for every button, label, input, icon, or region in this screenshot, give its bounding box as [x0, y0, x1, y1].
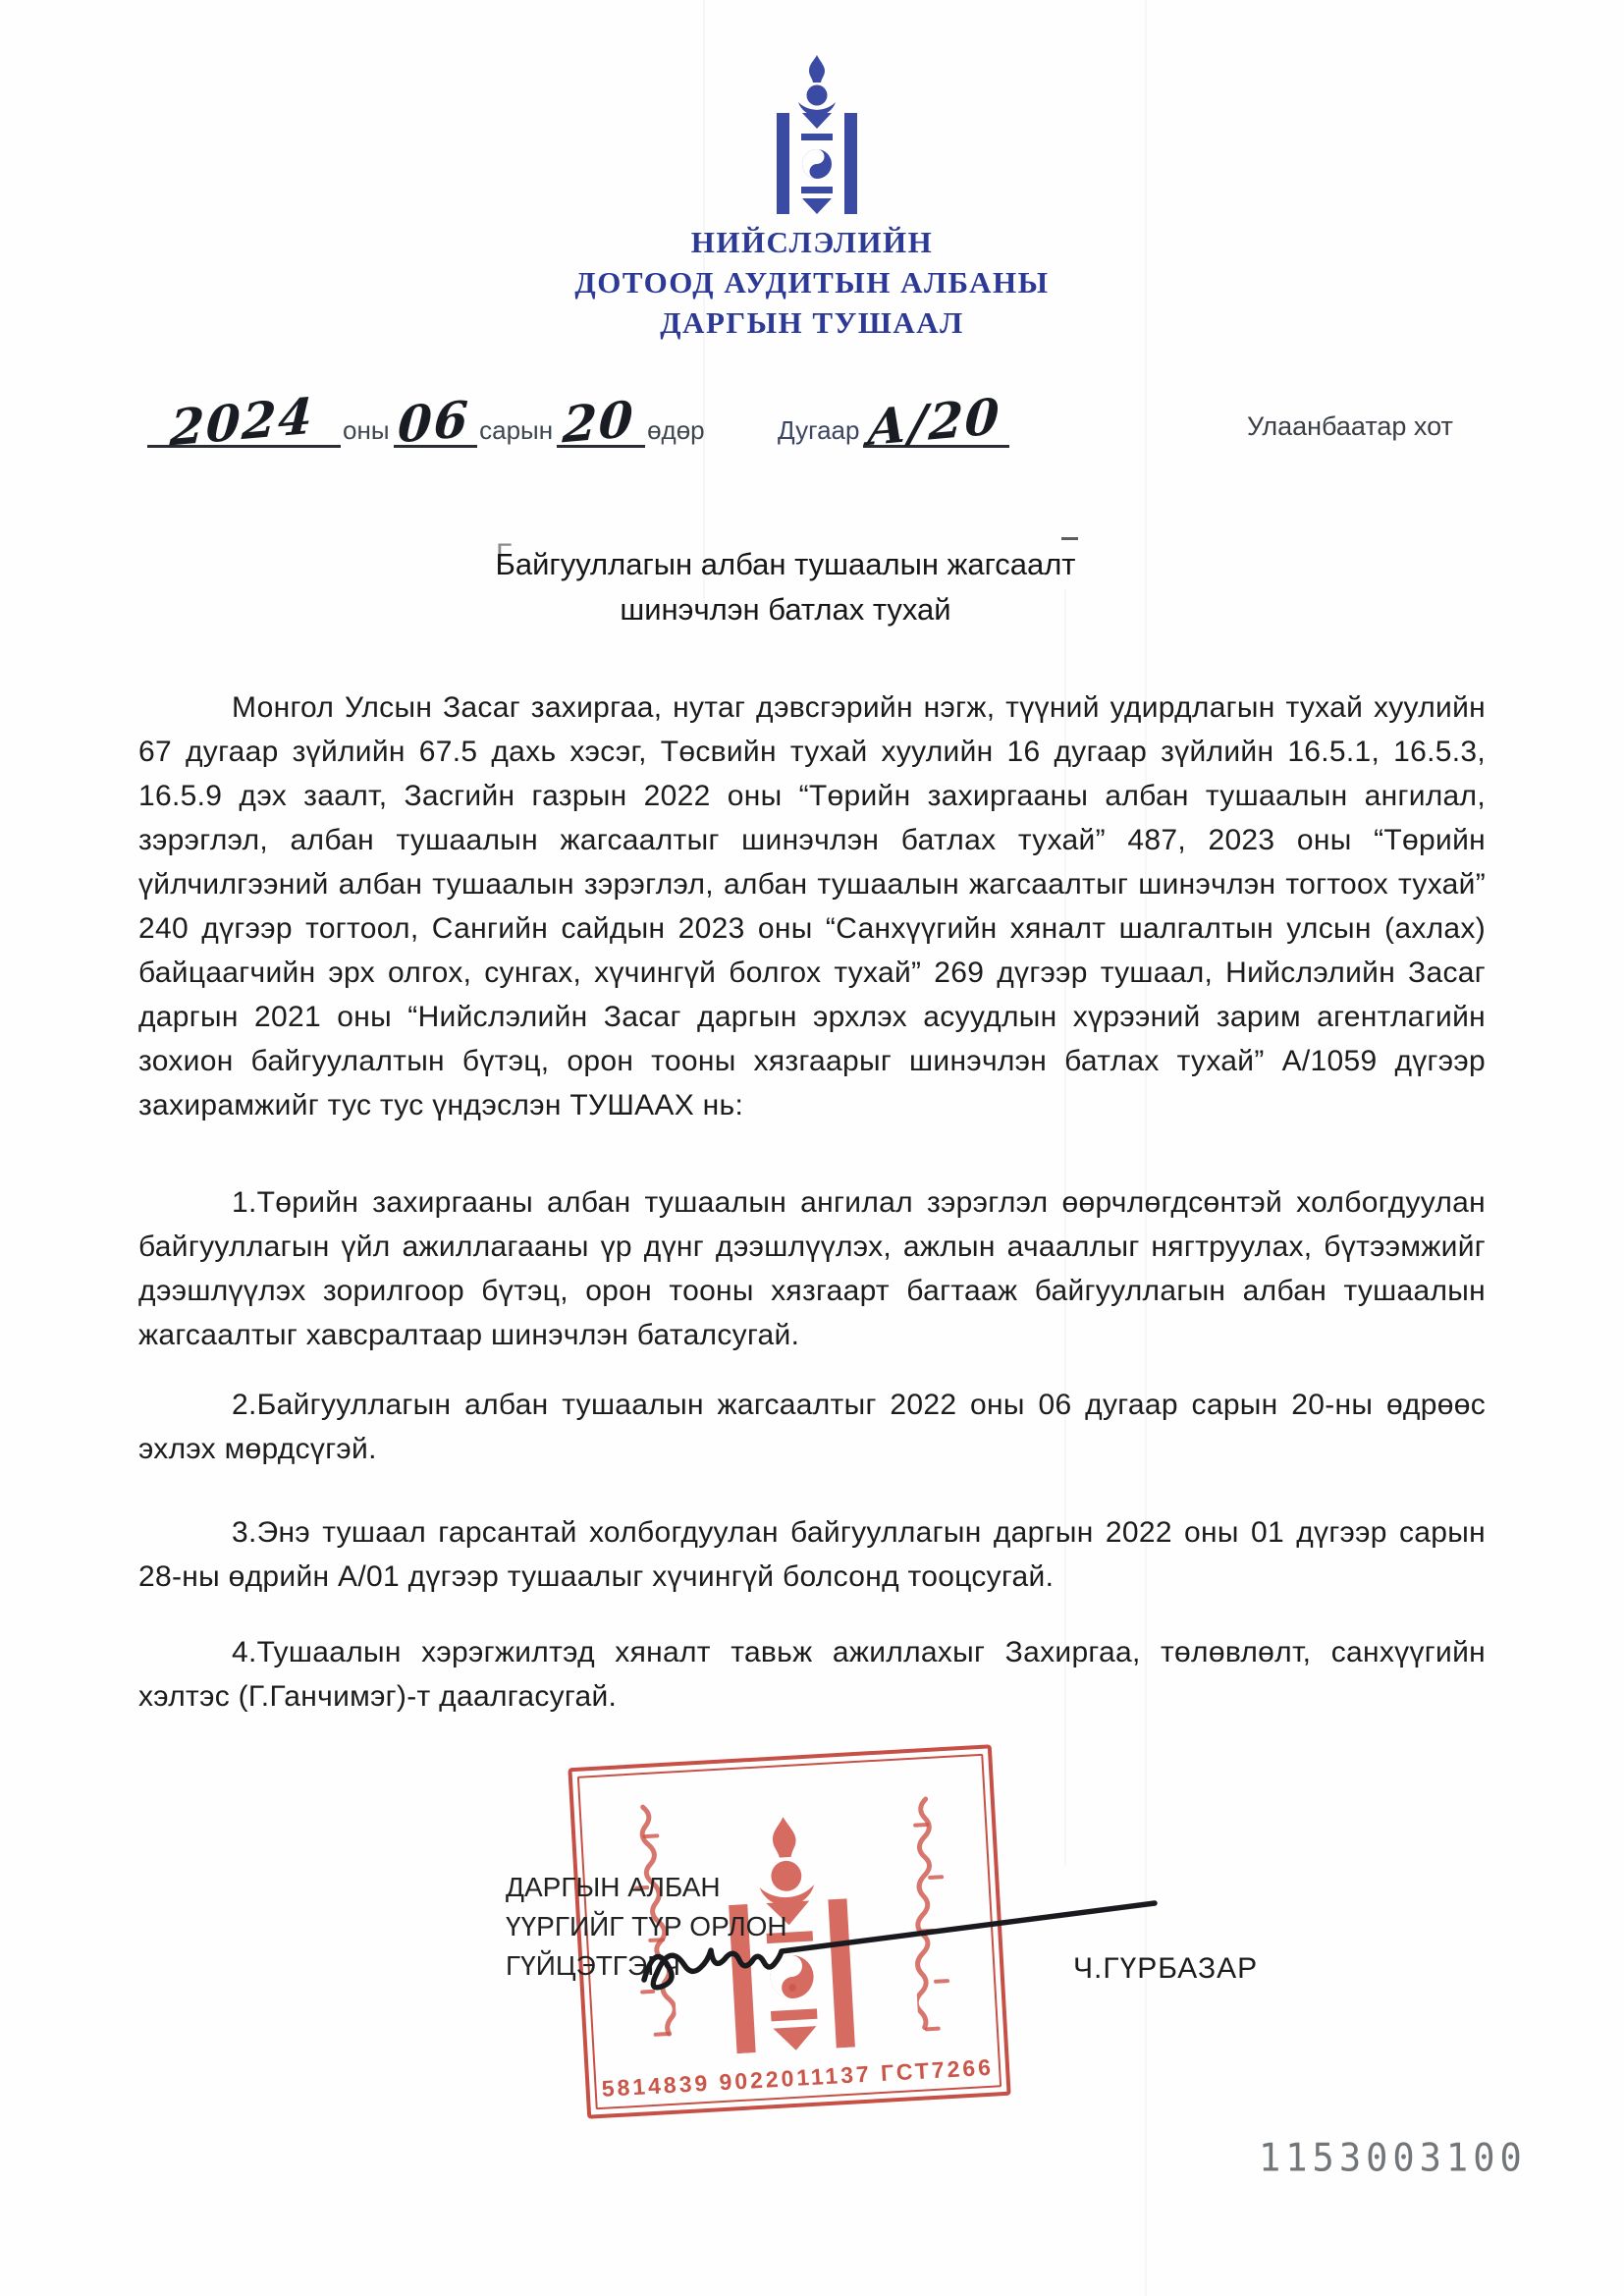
- month-blank: 06: [394, 400, 478, 448]
- day-blank: 20: [557, 400, 645, 448]
- order-item-3: 3.Энэ тушаал гарсантай холбогдуулан байг…: [138, 1510, 1486, 1599]
- document-page: НИЙСЛЭЛИЙН ДОТООД АУДИТЫН АЛБАНЫ ДАРГЫН …: [0, 0, 1624, 2296]
- month-label: сарын: [477, 415, 557, 448]
- order-item-2: 2.Байгууллагын албан тушаалын жагсаалтыг…: [138, 1383, 1486, 1471]
- number-label: Дугаар: [776, 415, 863, 448]
- dateline: 2024 оны 06 сарын 20 өдөр Дугаар А/20 Ул…: [147, 381, 1522, 460]
- number-blank: А/20: [863, 400, 1009, 448]
- handwritten-month: 06: [396, 397, 470, 449]
- handwritten-day: 20: [562, 397, 636, 449]
- day-label: өдөр: [645, 415, 709, 448]
- preamble-paragraph: Монгол Улсын Засаг захиргаа, нутаг дэвсг…: [138, 685, 1486, 1127]
- order-item-1: 1.Төрийн захиргааны албан тушаалын ангил…: [138, 1180, 1486, 1357]
- number-field: Дугаар А/20: [776, 400, 1009, 448]
- signer-name: Ч.ГҮРБАЗАР: [1073, 1952, 1258, 1986]
- org-header: НИЙСЛЭЛИЙН ДОТООД АУДИТЫН АЛБАНЫ ДАРГЫН …: [0, 222, 1624, 343]
- org-header-line: ДОТООД АУДИТЫН АЛБАНЫ: [0, 262, 1624, 302]
- title-end-mark: [1061, 537, 1078, 540]
- title-line-1: Байгууллагын албан тушаалын жагсаалт: [496, 547, 1076, 581]
- handwritten-year: 2024: [169, 393, 315, 451]
- handwritten-number: А/20: [867, 394, 1002, 451]
- org-header-line: НИЙСЛЭЛИЙН: [0, 222, 1624, 262]
- document-title: Байгууллагын албан тушаалын жагсаалт шин…: [295, 542, 1276, 632]
- date-fields: 2024 оны 06 сарын 20 өдөр: [147, 400, 709, 448]
- stamped-registry-number: 1153003100: [1259, 2136, 1527, 2180]
- title-line-2: шинэчлэн батлах тухай: [295, 587, 1276, 632]
- year-blank: 2024: [147, 400, 341, 448]
- org-header-line: ДАРГЫН ТУШААЛ: [0, 302, 1624, 343]
- city-label: Улаанбаатар хот: [1247, 411, 1453, 442]
- order-item-4: 4.Тушаалын хэрэгжилтэд хяналт тавьж ажил…: [138, 1630, 1486, 1719]
- soyombo-emblem-icon: [763, 55, 871, 214]
- year-label: оны: [341, 415, 394, 448]
